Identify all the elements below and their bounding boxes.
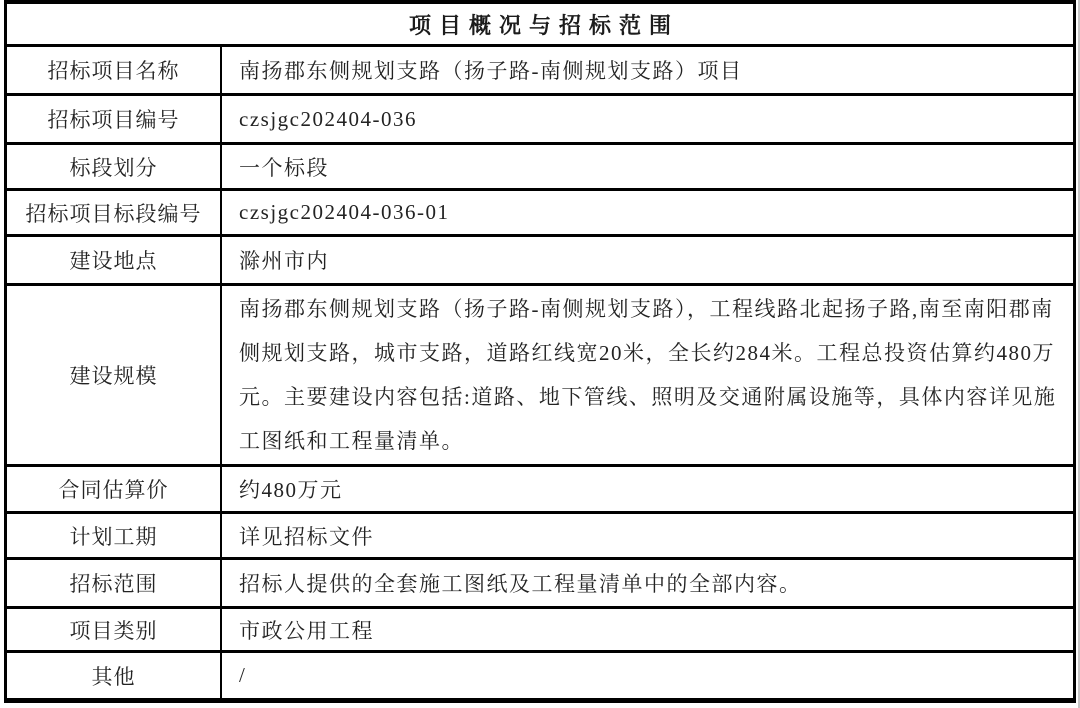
table-row-section-number: 招标项目标段编号 czsjgc202404-036-01 — [7, 191, 1073, 237]
row-label: 建设规模 — [7, 286, 222, 464]
row-label: 招标项目编号 — [7, 96, 222, 142]
row-value: 市政公用工程 — [222, 609, 1073, 650]
table-row-construction-scale: 建设规模 南扬郡东侧规划支路（扬子路-南侧规划支路），工程线路北起扬子路,南至南… — [7, 286, 1073, 467]
row-label: 其他 — [7, 653, 222, 698]
row-label: 招标范围 — [7, 560, 222, 606]
row-label: 招标项目标段编号 — [7, 191, 222, 234]
row-value: 南扬郡东侧规划支路（扬子路-南侧规划支路），工程线路北起扬子路,南至南阳郡南侧规… — [222, 286, 1073, 464]
table-row-other: 其他 / — [7, 653, 1073, 698]
table-row-project-number: 招标项目编号 czsjgc202404-036 — [7, 96, 1073, 145]
row-label: 计划工期 — [7, 514, 222, 557]
row-value: 一个标段 — [222, 145, 1073, 188]
row-value: 招标人提供的全套施工图纸及工程量清单中的全部内容。 — [222, 560, 1073, 606]
tender-overview-table: 项目概况与招标范围 招标项目名称 南扬郡东侧规划支路（扬子路-南侧规划支路）项目… — [4, 0, 1076, 703]
row-label: 招标项目名称 — [7, 47, 222, 93]
row-value: 滁州市内 — [222, 237, 1073, 283]
row-label: 建设地点 — [7, 237, 222, 283]
row-value: / — [222, 653, 1073, 698]
table-row-section-division: 标段划分 一个标段 — [7, 145, 1073, 191]
row-value: czsjgc202404-036-01 — [222, 191, 1073, 234]
row-value: 南扬郡东侧规划支路（扬子路-南侧规划支路）项目 — [222, 47, 1073, 93]
row-value: czsjgc202404-036 — [222, 96, 1073, 142]
table-row-construction-site: 建设地点 滁州市内 — [7, 237, 1073, 286]
table-row-project-category: 项目类别 市政公用工程 — [7, 609, 1073, 653]
table-row-project-name: 招标项目名称 南扬郡东侧规划支路（扬子路-南侧规划支路）项目 — [7, 47, 1073, 96]
row-value: 约480万元 — [222, 467, 1073, 511]
table-header-row: 项目概况与招标范围 — [7, 4, 1073, 47]
table-title: 项目概况与招标范围 — [401, 9, 679, 40]
table-row-contract-estimate: 合同估算价 约480万元 — [7, 467, 1073, 514]
table-row-bidding-scope: 招标范围 招标人提供的全套施工图纸及工程量清单中的全部内容。 — [7, 560, 1073, 609]
document-page: 项目概况与招标范围 招标项目名称 南扬郡东侧规划支路（扬子路-南侧规划支路）项目… — [0, 0, 1080, 708]
table-row-planned-duration: 计划工期 详见招标文件 — [7, 514, 1073, 560]
row-label: 合同估算价 — [7, 467, 222, 511]
row-label: 标段划分 — [7, 145, 222, 188]
row-value: 详见招标文件 — [222, 514, 1073, 557]
row-label: 项目类别 — [7, 609, 222, 650]
